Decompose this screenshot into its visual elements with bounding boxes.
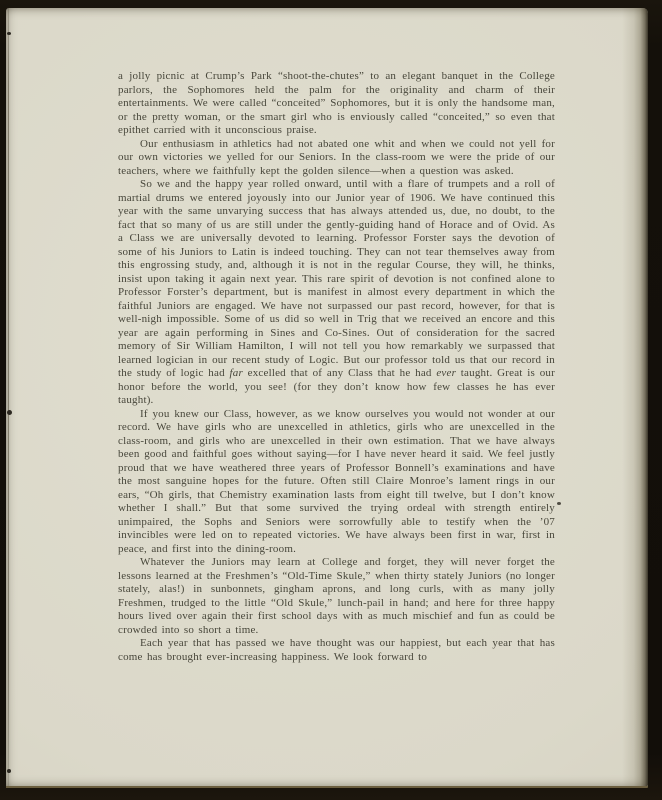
paragraph-italic-segment: far: [229, 367, 242, 379]
paragraph-italic-segment: ever: [436, 367, 456, 379]
paragraph: So we and the happy year rolled onward, …: [118, 178, 555, 408]
paragraph-segment: Our enthusiasm in athletics had not abat…: [118, 138, 555, 177]
paragraph: If you knew our Class, however, as we kn…: [118, 408, 555, 557]
book-page: a jolly picnic at Crump’s Park “shoot-th…: [6, 8, 648, 788]
paragraph: Our enthusiasm in athletics had not abat…: [118, 138, 555, 179]
page-speck-2: [7, 410, 12, 415]
page-gutter-line: [8, 8, 9, 786]
paragraph-segment: Each year that has passed we have though…: [118, 637, 555, 663]
page-speck-1: [7, 32, 11, 35]
page-speck-3: [7, 769, 11, 773]
paragraph: a jolly picnic at Crump’s Park “shoot-th…: [118, 70, 555, 138]
paragraph: Whatever the Juniors may learn at Colleg…: [118, 556, 555, 637]
scanned-page-background: a jolly picnic at Crump’s Park “shoot-th…: [0, 0, 662, 800]
paragraph: Each year that has passed we have though…: [118, 637, 555, 664]
paragraph-segment: a jolly picnic at Crump’s Park “shoot-th…: [118, 70, 555, 136]
page-right-edge-shadow: [622, 8, 648, 786]
page-speck-4: [557, 502, 561, 505]
paragraph-segment: excelled that of any Class that he had: [243, 367, 436, 379]
page-text: a jolly picnic at Crump’s Park “shoot-th…: [118, 70, 555, 664]
paragraph-segment: Whatever the Juniors may learn at Colleg…: [118, 556, 555, 636]
paragraph-segment: So we and the happy year rolled onward, …: [118, 178, 555, 379]
paragraph-segment: If you knew our Class, however, as we kn…: [118, 408, 555, 555]
